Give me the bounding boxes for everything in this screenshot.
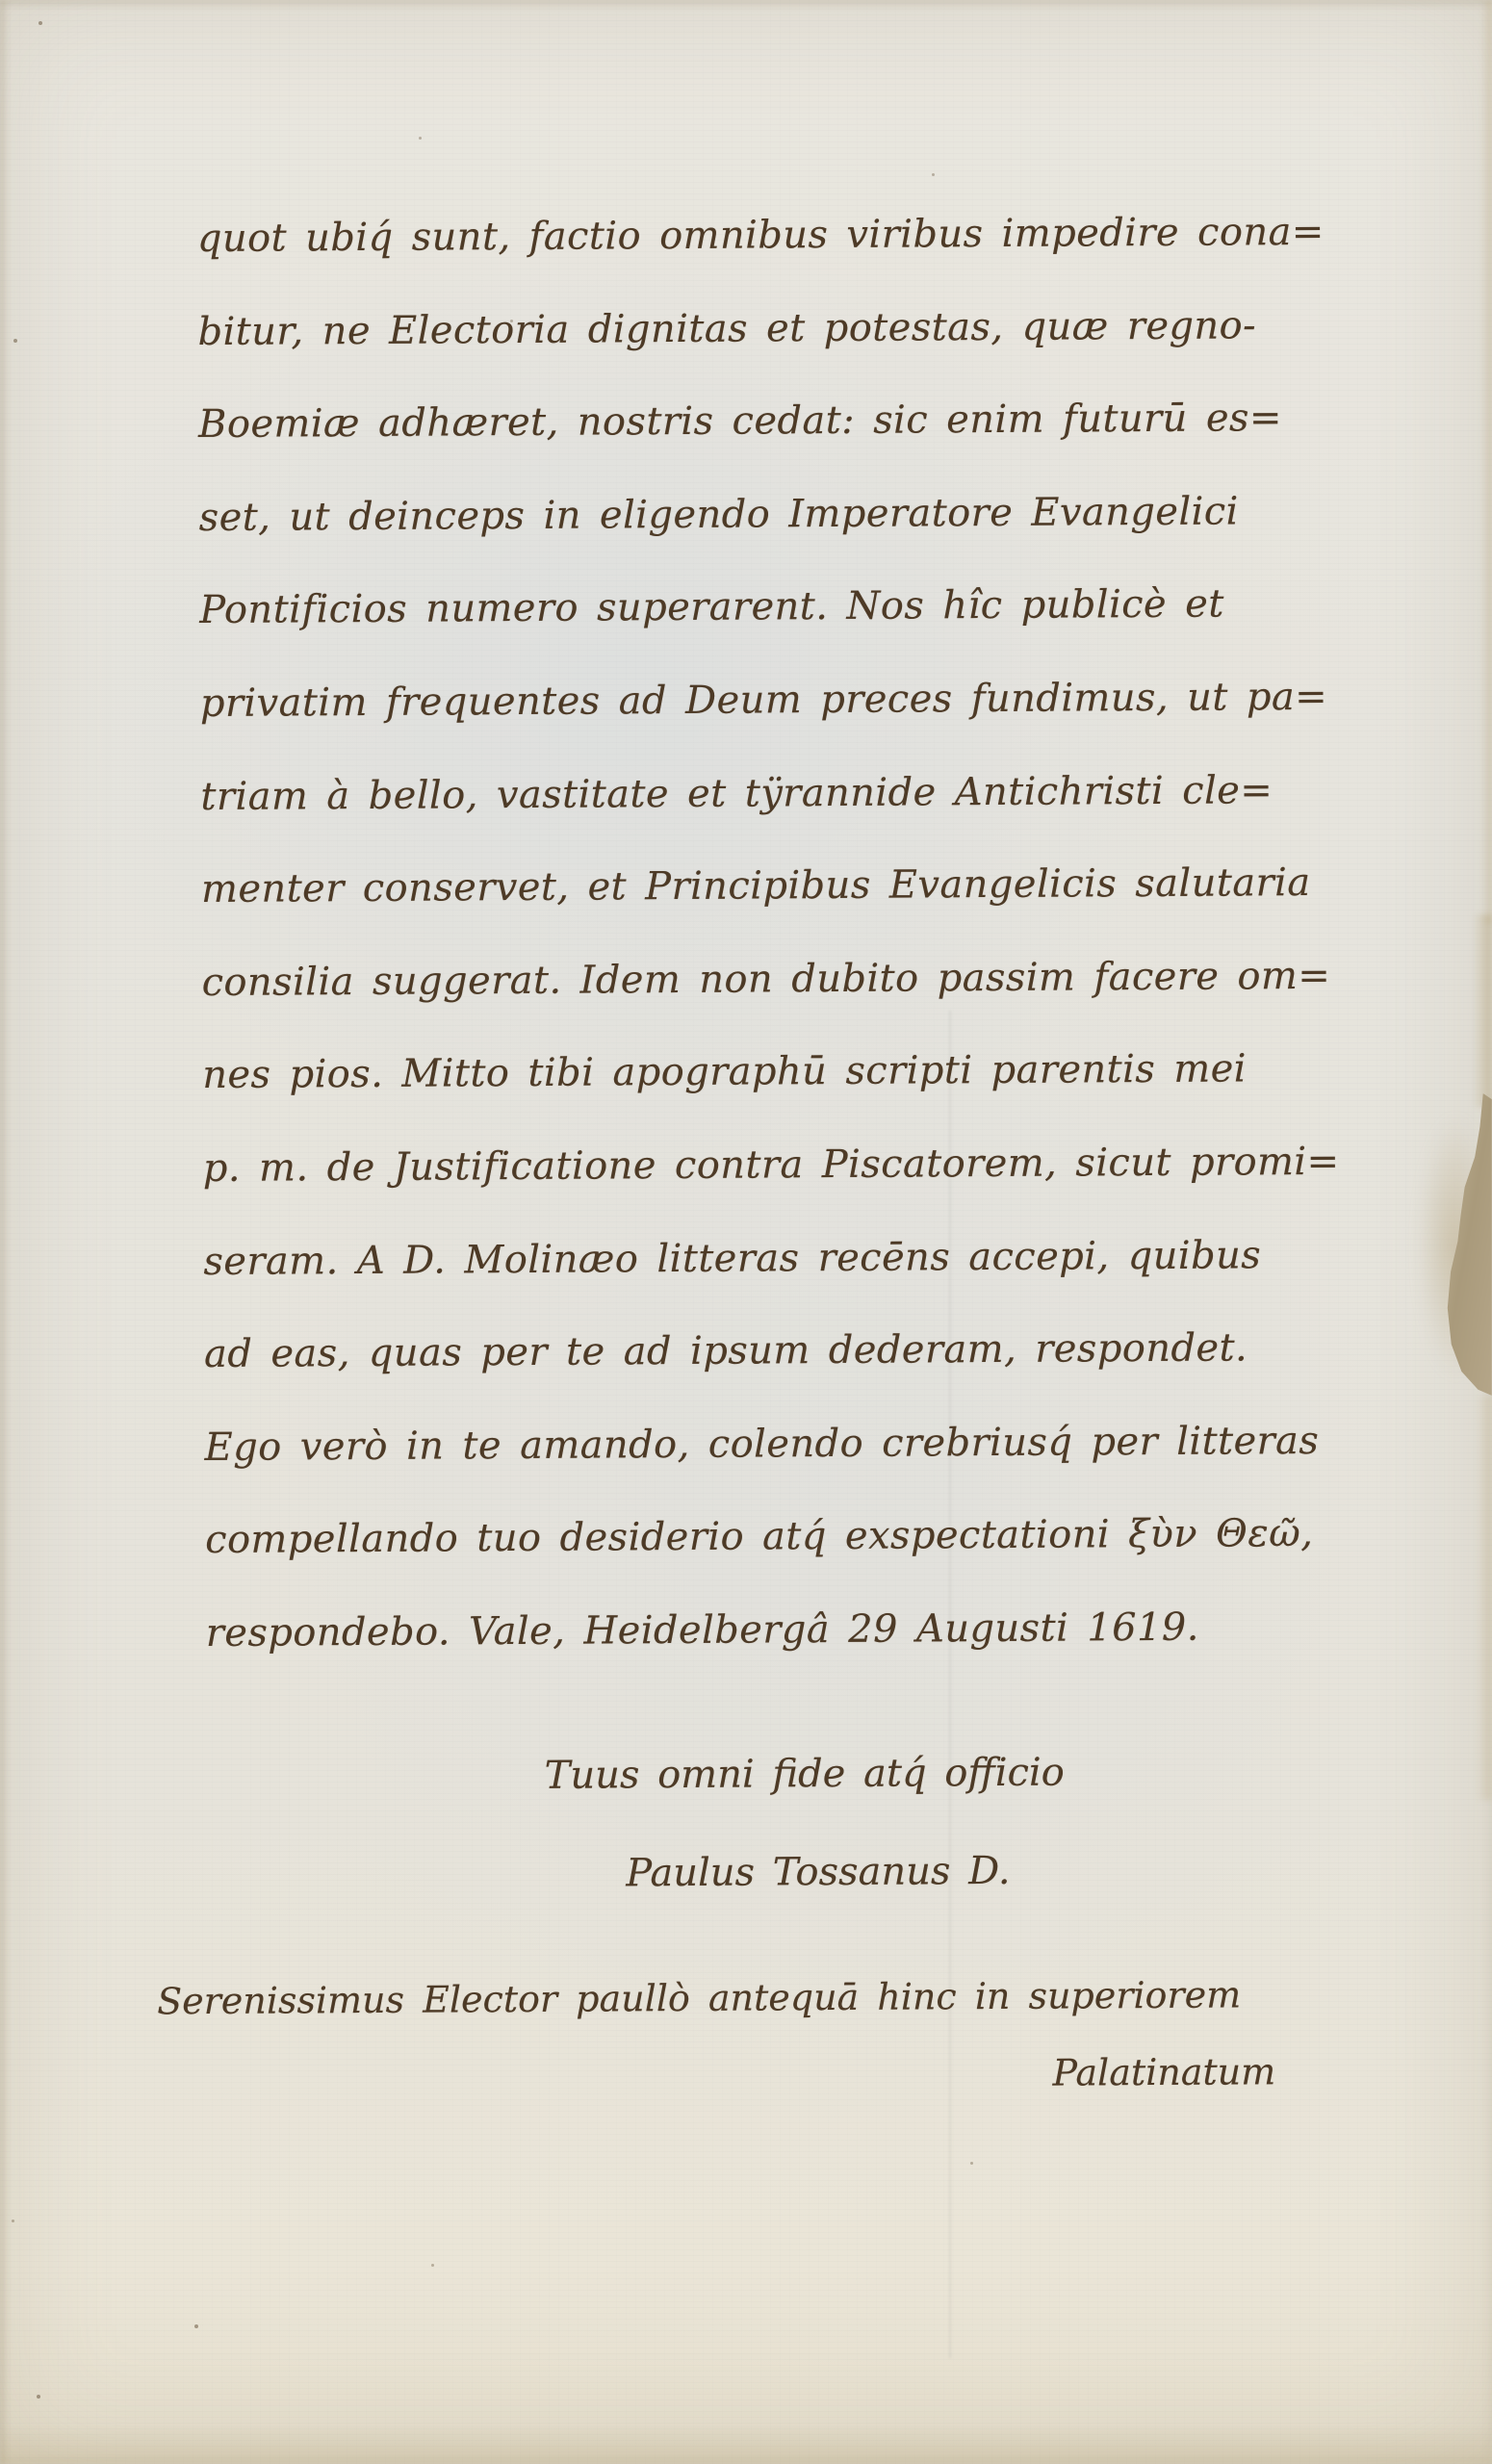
manuscript-line: quot ubiq́ sunt, factio omnibus viribus … [197, 186, 1334, 286]
manuscript-line: compellando tuo desiderio atq́ exspectat… [205, 1487, 1342, 1587]
manuscript-line: triam à bello, vastitate et tÿrannide An… [200, 743, 1337, 843]
manuscript-line: set, ut deinceps in eligendo Imperatore … [198, 465, 1335, 565]
manuscript-line: menter conservet, et Principibus Evangel… [201, 836, 1338, 937]
manuscript-line: seram. A D. Molinæo litteras recēns acce… [203, 1208, 1340, 1308]
manuscript-line: consilia suggerat. Idem non dubito passi… [201, 930, 1338, 1030]
manuscript-line: Ego verò in te amando, colendo crebriusq… [204, 1395, 1341, 1495]
manuscript-line: Boemiæ adhæret, nostris cedat: sic enim … [198, 372, 1335, 472]
letter-body: quot ubiq́ sunt, factio omnibus viribus … [197, 186, 1343, 1681]
manuscript-page: quot ubiq́ sunt, factio omnibus viribus … [0, 0, 1492, 2464]
catchword-line: Palatinatum [1052, 2050, 1275, 2093]
signature-line: Paulus Tossanus D. [626, 1849, 1010, 1895]
manuscript-line: privatim frequentes ad Deum preces fundi… [200, 651, 1337, 751]
manuscript-line: respondebo. Vale, Heidelbergâ 29 Augusti… [205, 1580, 1342, 1681]
manuscript-line: bitur, ne Electoria dignitas et potestas… [197, 278, 1334, 378]
postscript-line: Serenissimus Elector paullò antequā hinc… [157, 1973, 1241, 2022]
manuscript-line: ad eas, quas per te ad ipsum dederam, re… [204, 1301, 1341, 1401]
manuscript-line: nes pios. Mitto tibi apographū scripti p… [202, 1022, 1339, 1122]
manuscript-line: p. m. de Justificatione contra Piscatore… [203, 1116, 1340, 1216]
letter-text: quot ubiq́ sunt, factio omnibus viribus … [0, 0, 1492, 2464]
closing-line: Tuus omni fide atq́ officio [545, 1751, 1065, 1798]
manuscript-line: Pontificios numero superarent. Nos hîc p… [199, 557, 1336, 657]
